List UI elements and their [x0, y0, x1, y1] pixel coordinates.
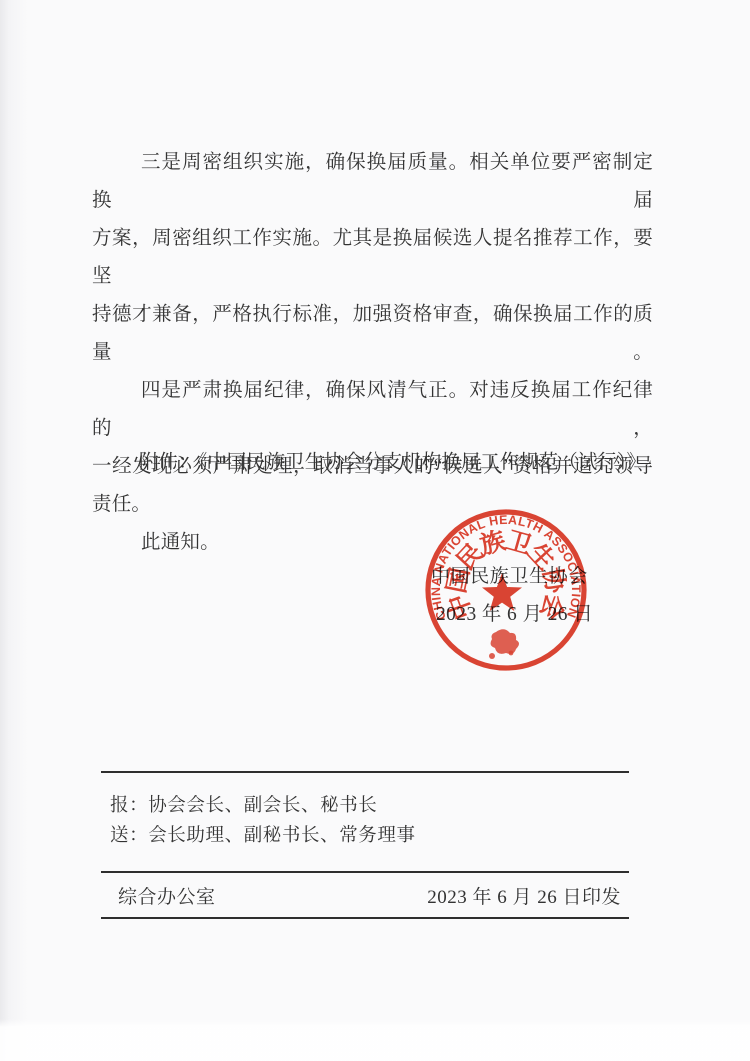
body-line: 三是周密组织实施，确保换届质量。相关单位要严密制定换届	[92, 144, 653, 220]
seal-bottom-mark-dot	[489, 653, 495, 659]
seal-arc-char: 中	[443, 590, 478, 623]
body-line: 四是严肃换届纪律，确保风清气正。对违反换届工作纪律的，	[92, 372, 653, 448]
attachment-line: 附件：《中国民族卫生协会分支机构换届工作规范（试行）》	[92, 444, 712, 482]
issuing-office: 综合办公室	[118, 886, 216, 910]
seal-bottom-mark-dot	[509, 651, 514, 656]
document-page: 三是周密组织实施，确保换届质量。相关单位要严密制定换届 方案，周密组织工作实施。…	[0, 0, 750, 1061]
send-line: 送：会长助理、副秘书长、常务理事	[110, 825, 416, 847]
body-line: 持德才兼备，严格执行标准，加强资格审查，确保换届工作的质量。	[92, 296, 653, 372]
seal-bottom-mark	[491, 629, 519, 654]
print-date: 2023 年 6 月 26 日印发	[427, 886, 621, 910]
print-row: 综合办公室 2023 年 6 月 26 日印发	[101, 886, 629, 910]
report-line: 报：协会会长、副会长、秘书长	[110, 795, 377, 817]
divider-top	[101, 771, 629, 773]
divider-middle	[101, 871, 629, 873]
body-line: 方案，周密组织工作实施。尤其是换届候选人提名推荐工作，要坚	[92, 220, 653, 296]
seal-arc-char: 会	[534, 590, 570, 623]
seal-star-icon	[482, 573, 522, 611]
official-seal: CHINA NATIONAL HEALTH ASSOCIATION 中国民族卫生…	[416, 500, 596, 680]
divider-bottom	[101, 917, 629, 919]
